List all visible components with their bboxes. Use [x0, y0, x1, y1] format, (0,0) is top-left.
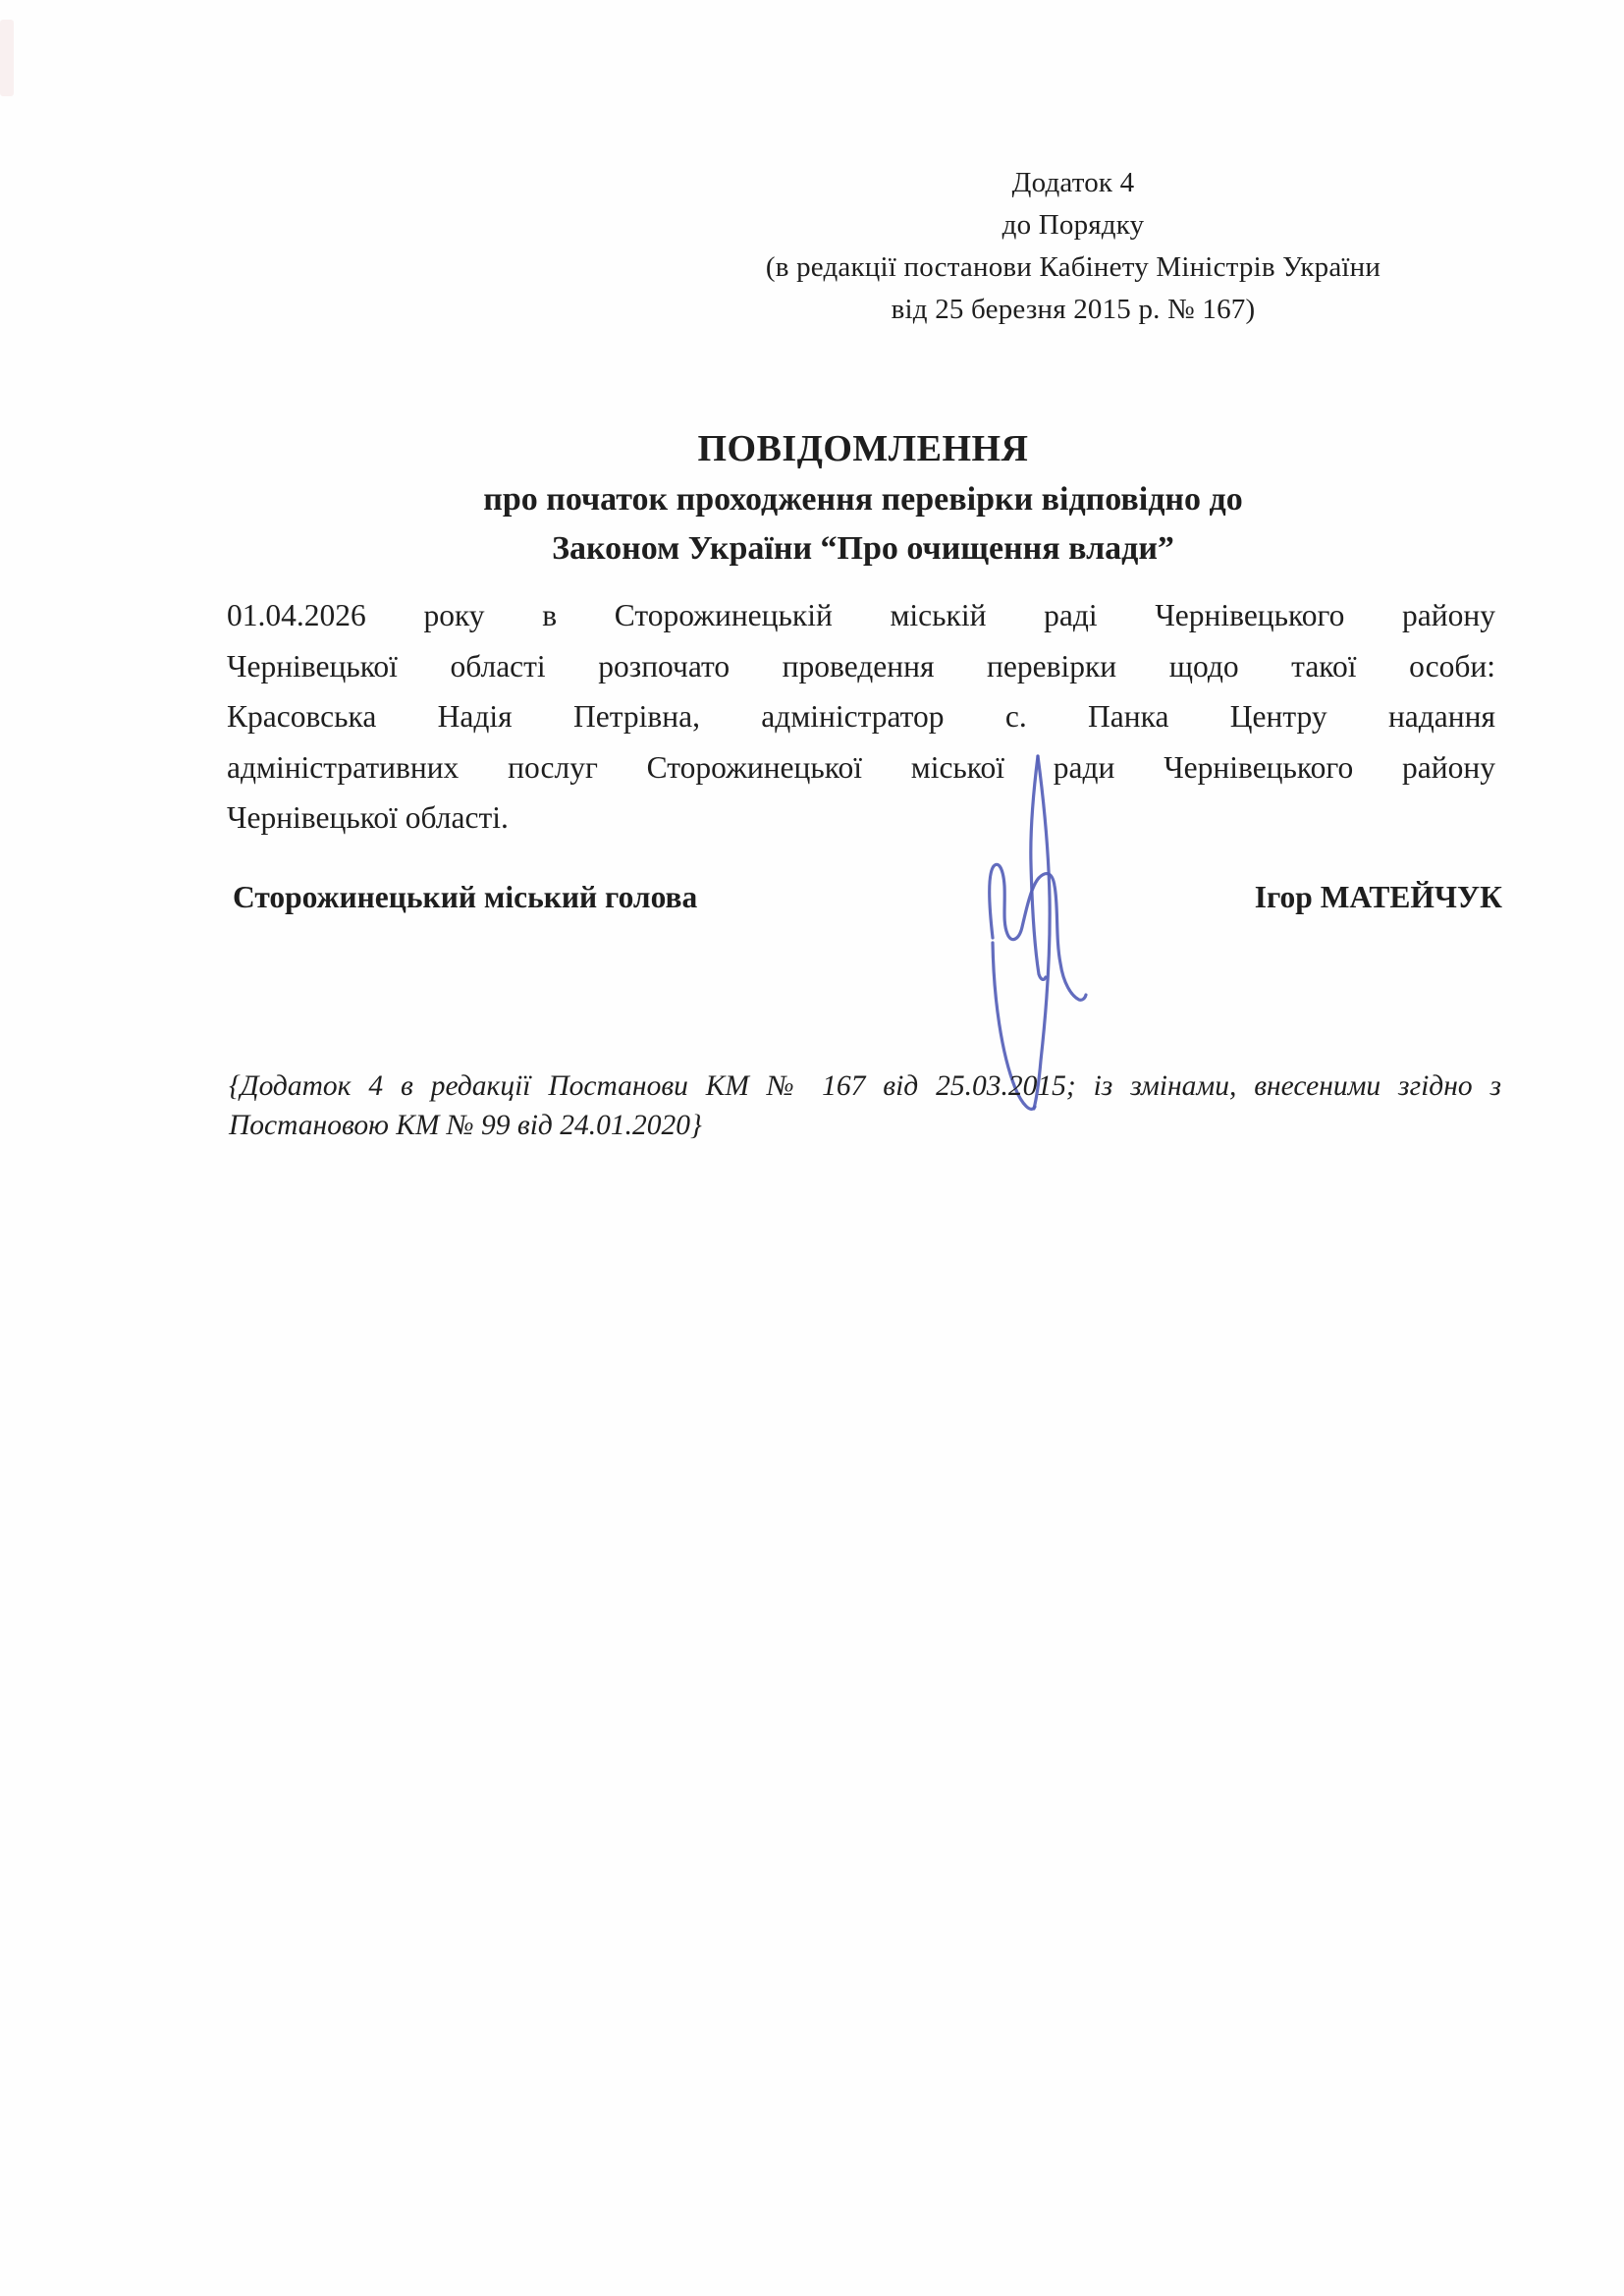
body-paragraph: 01.04.2026 року в Сторожинецькій міській… — [227, 590, 1495, 844]
body-paragraph-line: 01.04.2026 року в Сторожинецькій міській… — [227, 590, 1495, 641]
appendix-header-line: до Порядку — [746, 204, 1400, 246]
document-title-main: ПОВІДОМЛЕННЯ — [229, 422, 1497, 475]
appendix-header-line: Додаток 4 — [746, 162, 1400, 204]
body-paragraph-line: адміністративних послуг Сторожинецької м… — [227, 742, 1495, 793]
body-paragraph-line: Чернівецької області розпочато проведенн… — [227, 641, 1495, 692]
scan-artifact — [0, 20, 14, 96]
signatory-name: Ігор МАТЕЙЧУК — [1255, 877, 1502, 918]
document-page: Додаток 4 до Порядку (в редакції постано… — [0, 0, 1624, 2296]
footnote-line: Постановою КМ № 99 від 24.01.2020} — [229, 1106, 1501, 1145]
appendix-header: Додаток 4 до Порядку (в редакції постано… — [746, 162, 1400, 331]
appendix-header-line: (в редакції постанови Кабінету Міністрів… — [746, 246, 1400, 289]
document-title: ПОВІДОМЛЕННЯ про початок проходження пер… — [229, 422, 1497, 574]
body-paragraph-line: Чернівецької області. — [227, 793, 1495, 844]
document-title-sub-2: Законом України “Про очищення влади” — [229, 524, 1497, 574]
signatory-position-label: Сторожинецький міський голова — [233, 877, 697, 918]
footnote-line: {Додаток 4 в редакції Постанови КМ № 167… — [229, 1066, 1501, 1106]
appendix-header-line: від 25 березня 2015 р. № 167) — [746, 289, 1400, 331]
document-title-sub-1: про початок проходження перевірки відпов… — [229, 475, 1497, 524]
signature-row: Сторожинецький міський голова Ігор МАТЕЙ… — [233, 877, 1502, 918]
footnote: {Додаток 4 в редакції Постанови КМ № 167… — [229, 1066, 1501, 1145]
body-paragraph-line: Красовська Надія Петрівна, адміністратор… — [227, 691, 1495, 742]
